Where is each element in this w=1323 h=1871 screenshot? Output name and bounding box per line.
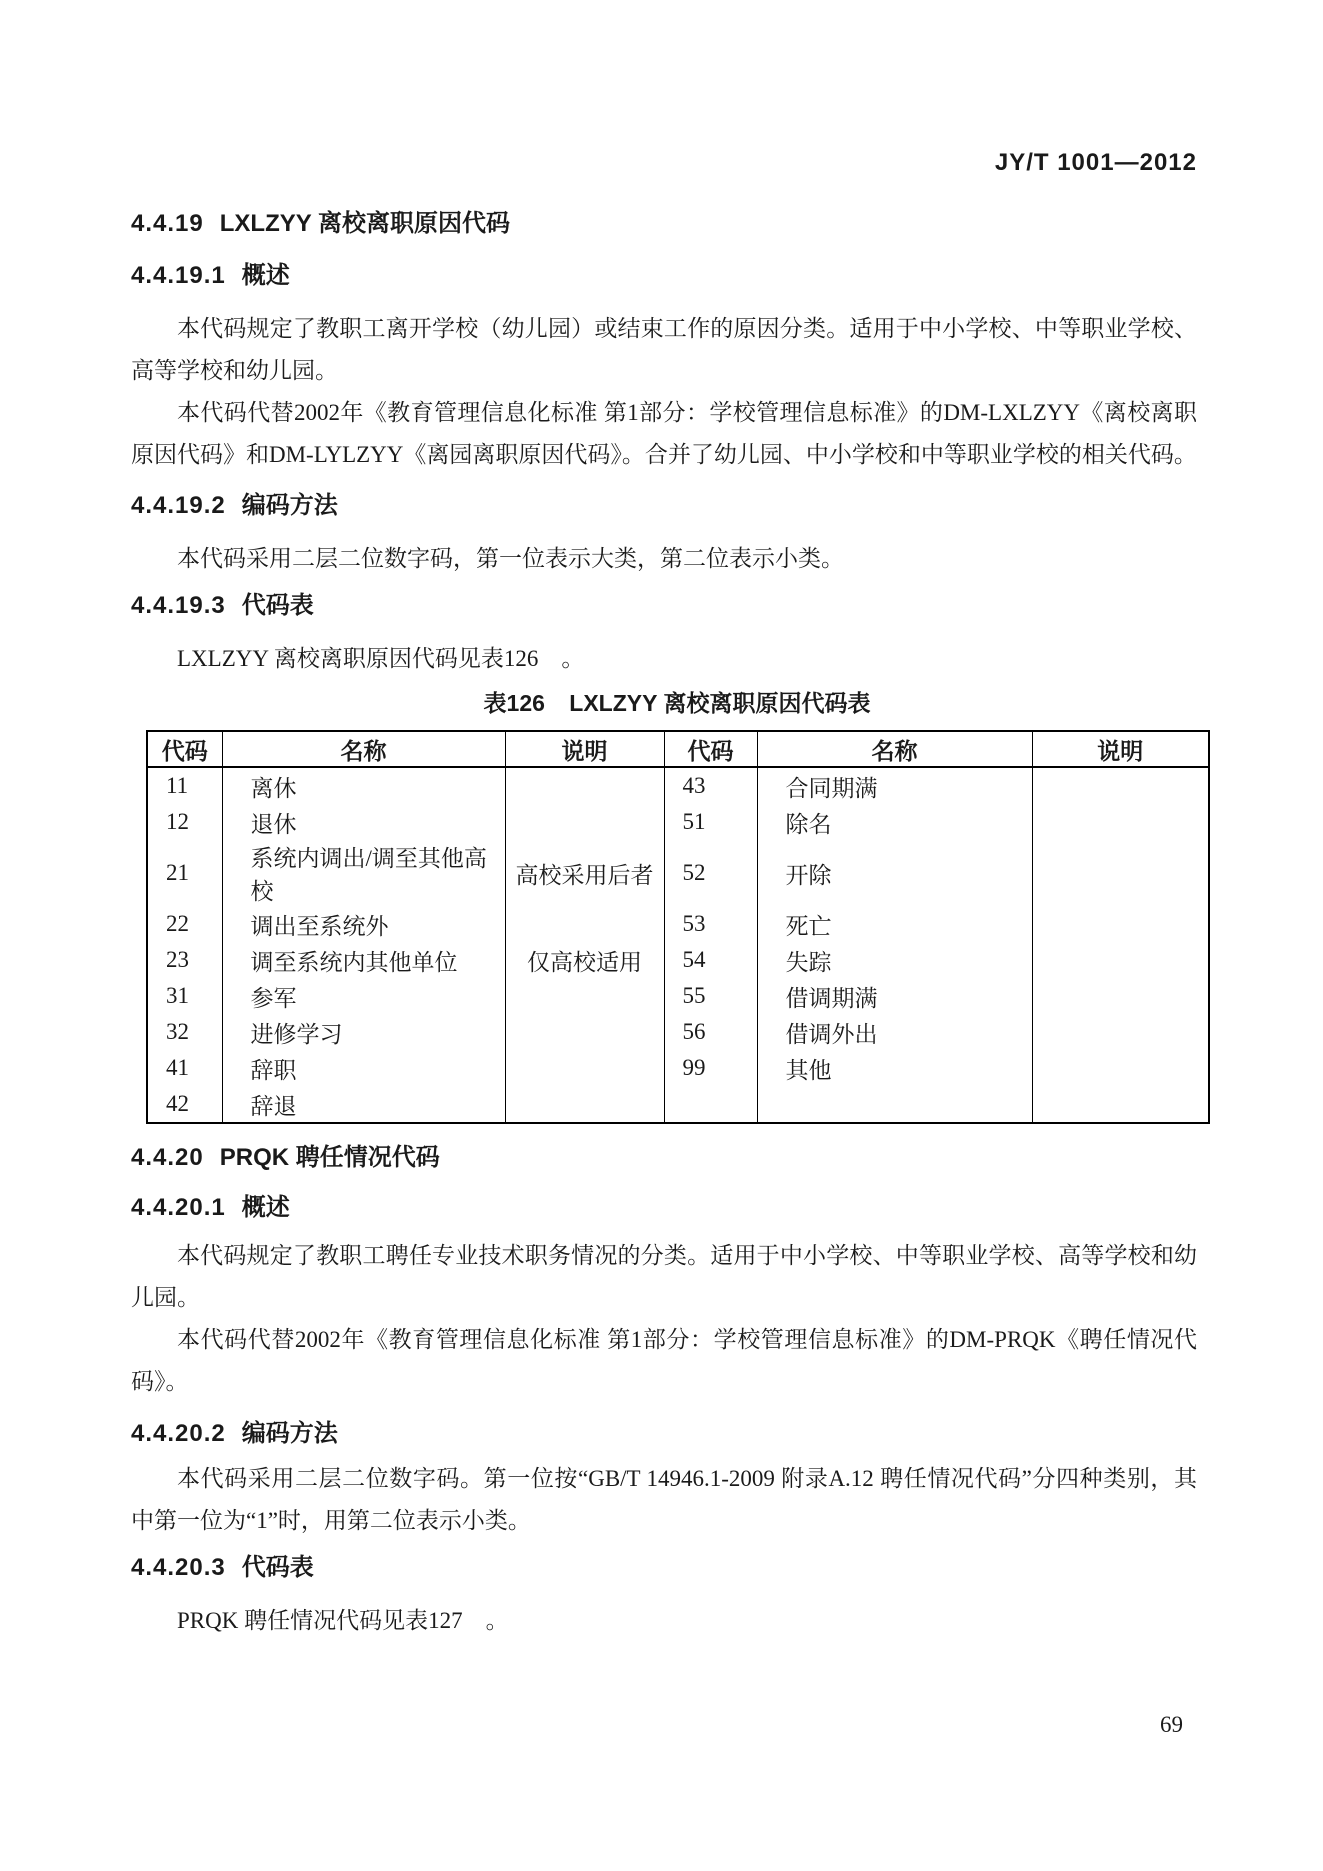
cell-name: 其他 — [757, 1050, 1032, 1086]
section-number: 4.4.19 — [131, 208, 204, 240]
table-header-row: 代码 名称 说明 代码 名称 说明 — [147, 731, 1209, 767]
section-number: 4.4.20.1 — [131, 1192, 226, 1224]
table-caption-title: LXLZYY 离校离职原因代码表 — [569, 690, 870, 716]
cell-name — [757, 1086, 1032, 1123]
cell-code: 11 — [147, 767, 222, 804]
section-number: 4.4.19.1 — [131, 260, 226, 292]
cell-desc: 仅高校适用 — [505, 942, 664, 978]
cell-code: 22 — [147, 906, 222, 942]
paragraph: LXLZYY 离校离职原因代码见表126 。 — [131, 638, 1197, 680]
cell-desc — [505, 978, 664, 1014]
cell-code: 56 — [664, 1014, 757, 1050]
cell-code: 12 — [147, 804, 222, 840]
section-number: 4.4.20.2 — [131, 1418, 226, 1450]
section-title: 编码方法 — [242, 1418, 338, 1450]
cell-name: 除名 — [757, 804, 1032, 840]
page-content: JY/T 1001—2012 4.4.19 LXLZYY 离校离职原因代码 4.… — [131, 148, 1197, 1642]
section-title: 代码表 — [242, 590, 314, 622]
cell-desc — [1032, 942, 1209, 978]
section-heading-4-4-19: 4.4.19 LXLZYY 离校离职原因代码 — [131, 208, 1197, 240]
code-table-126: 代码 名称 说明 代码 名称 说明 11离休43合同期满12退休51除名21系统… — [146, 730, 1210, 1124]
section-title: LXLZYY 离校离职原因代码 — [220, 208, 510, 240]
cell-code: 52 — [664, 840, 757, 906]
paragraph: 本代码代替2002年《教育管理信息化标准 第1部分：学校管理信息标准》的DM-L… — [131, 392, 1197, 476]
table-caption-number: 表126 — [484, 690, 545, 716]
cell-desc — [505, 767, 664, 804]
section-title: 概述 — [242, 260, 290, 292]
cell-code: 23 — [147, 942, 222, 978]
cell-desc — [1032, 1086, 1209, 1123]
col-header-desc: 说明 — [505, 731, 664, 767]
cell-desc — [1032, 978, 1209, 1014]
section-heading-4-4-19-2: 4.4.19.2 编码方法 — [131, 490, 1197, 522]
section-heading-4-4-20-1: 4.4.20.1 概述 — [131, 1192, 1197, 1224]
section-title: 概述 — [242, 1192, 290, 1224]
cell-name: 辞职 — [222, 1050, 505, 1086]
cell-desc — [505, 804, 664, 840]
table-row: 42辞退 — [147, 1086, 1209, 1123]
section-title: 代码表 — [242, 1552, 314, 1584]
table-row: 31参军55借调期满 — [147, 978, 1209, 1014]
cell-desc — [505, 1014, 664, 1050]
cell-code: 99 — [664, 1050, 757, 1086]
section-heading-4-4-19-1: 4.4.19.1 概述 — [131, 260, 1197, 292]
col-header-name: 名称 — [222, 731, 505, 767]
section-number: 4.4.20.3 — [131, 1552, 226, 1584]
cell-code: 31 — [147, 978, 222, 1014]
cell-code: 42 — [147, 1086, 222, 1123]
section-heading-4-4-19-3: 4.4.19.3 代码表 — [131, 590, 1197, 622]
paragraph: 本代码规定了教职工离开学校（幼儿园）或结束工作的原因分类。适用于中小学校、中等职… — [131, 308, 1197, 392]
cell-desc — [1032, 906, 1209, 942]
cell-name: 辞退 — [222, 1086, 505, 1123]
col-header-code: 代码 — [664, 731, 757, 767]
cell-name: 离休 — [222, 767, 505, 804]
paragraph: PRQK 聘任情况代码见表127 。 — [131, 1600, 1197, 1642]
section-heading-4-4-20: 4.4.20 PRQK 聘任情况代码 — [131, 1142, 1197, 1174]
cell-name: 失踪 — [757, 942, 1032, 978]
doc-code-header: JY/T 1001—2012 — [131, 148, 1197, 178]
cell-code: 21 — [147, 840, 222, 906]
cell-desc — [1032, 840, 1209, 906]
cell-name: 调至系统内其他单位 — [222, 942, 505, 978]
paragraph: 本代码代替2002年《教育管理信息化标准 第1部分：学校管理信息标准》的DM-P… — [131, 1319, 1197, 1403]
section-number: 4.4.20 — [131, 1142, 204, 1174]
section-number: 4.4.19.2 — [131, 490, 226, 522]
cell-desc — [505, 1050, 664, 1086]
cell-code: 55 — [664, 978, 757, 1014]
col-header-desc: 说明 — [1032, 731, 1209, 767]
paragraph: 本代码采用二层二位数字码，第一位表示大类，第二位表示小类。 — [131, 538, 1197, 580]
table-row: 12退休51除名 — [147, 804, 1209, 840]
cell-code: 53 — [664, 906, 757, 942]
table-row: 32进修学习56借调外出 — [147, 1014, 1209, 1050]
cell-code: 54 — [664, 942, 757, 978]
cell-name: 借调期满 — [757, 978, 1032, 1014]
document-page: JY/T 1001—2012 4.4.19 LXLZYY 离校离职原因代码 4.… — [0, 0, 1323, 1871]
cell-desc — [1032, 1014, 1209, 1050]
cell-name: 调出至系统外 — [222, 906, 505, 942]
cell-code — [664, 1086, 757, 1123]
table-row: 21系统内调出/调至其他高校高校采用后者52开除 — [147, 840, 1209, 906]
code-table-body: 11离休43合同期满12退休51除名21系统内调出/调至其他高校高校采用后者52… — [147, 767, 1209, 1123]
section-heading-4-4-20-2: 4.4.20.2 编码方法 — [131, 1418, 1197, 1450]
cell-name: 合同期满 — [757, 767, 1032, 804]
cell-desc — [505, 906, 664, 942]
cell-desc — [505, 1086, 664, 1123]
table-caption: 表126 LXLZYY 离校离职原因代码表 — [146, 688, 1208, 718]
table-row: 23调至系统内其他单位仅高校适用54失踪 — [147, 942, 1209, 978]
cell-desc — [1032, 804, 1209, 840]
cell-name: 进修学习 — [222, 1014, 505, 1050]
cell-name: 参军 — [222, 978, 505, 1014]
cell-name: 借调外出 — [757, 1014, 1032, 1050]
paragraph: 本代码采用二层二位数字码。第一位按“GB/T 14946.1-2009 附录A.… — [131, 1458, 1197, 1542]
cell-desc: 高校采用后者 — [505, 840, 664, 906]
cell-code: 41 — [147, 1050, 222, 1086]
cell-code: 51 — [664, 804, 757, 840]
section-heading-4-4-20-3: 4.4.20.3 代码表 — [131, 1552, 1197, 1584]
table-row: 22调出至系统外53死亡 — [147, 906, 1209, 942]
col-header-code: 代码 — [147, 731, 222, 767]
cell-desc — [1032, 767, 1209, 804]
paragraph: 本代码规定了教职工聘任专业技术职务情况的分类。适用于中小学校、中等职业学校、高等… — [131, 1235, 1197, 1319]
cell-name: 开除 — [757, 840, 1032, 906]
cell-name: 死亡 — [757, 906, 1032, 942]
cell-code: 32 — [147, 1014, 222, 1050]
cell-name: 退休 — [222, 804, 505, 840]
cell-name: 系统内调出/调至其他高校 — [222, 840, 505, 906]
cell-code: 43 — [664, 767, 757, 804]
cell-desc — [1032, 1050, 1209, 1086]
section-title: PRQK 聘任情况代码 — [220, 1142, 440, 1174]
section-number: 4.4.19.3 — [131, 590, 226, 622]
page-number: 69 — [1160, 1712, 1183, 1738]
table-row: 11离休43合同期满 — [147, 767, 1209, 804]
table-row: 41辞职99其他 — [147, 1050, 1209, 1086]
col-header-name: 名称 — [757, 731, 1032, 767]
section-title: 编码方法 — [242, 490, 338, 522]
